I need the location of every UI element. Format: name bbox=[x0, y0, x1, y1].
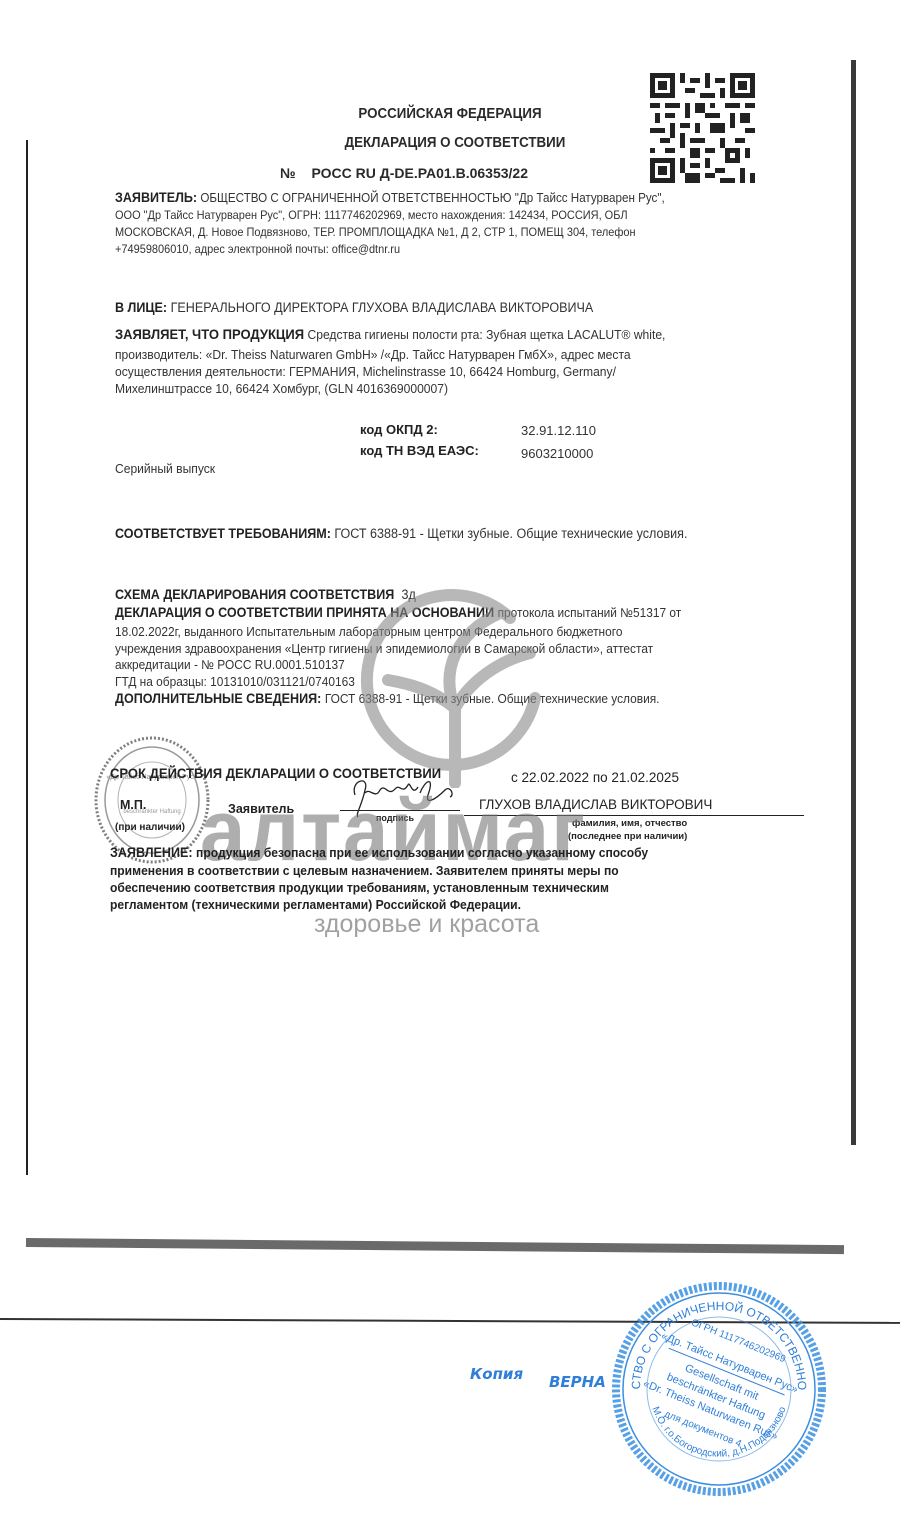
basis-text-3: ГТД на образцы: 10131010/031121/0740163 bbox=[115, 674, 355, 690]
okpd-value: 32.91.12.110 bbox=[521, 423, 596, 438]
page-border-left bbox=[26, 140, 28, 1175]
production-type: Серийный выпуск bbox=[115, 461, 215, 477]
requirements-label: СООТВЕТСТВУЕТ ТРЕБОВАНИЯМ: bbox=[115, 526, 331, 541]
company-seal-icon: ОБЩЕСТВО С ОГРАНИЧЕННОЙ ОТВЕТСТВЕННОСТЬЮ… bbox=[612, 1282, 826, 1496]
applicant-text-3: +74959806010, адрес электронной почты: o… bbox=[115, 242, 400, 258]
product-label: ЗАЯВЛЯЕТ, ЧТО ПРОДУКЦИЯ bbox=[115, 326, 304, 342]
product-text-3: Михелинштрассе 10, 66424 Хомбург, (GLN 4… bbox=[115, 381, 448, 397]
copy-stamp-word-1: Копия bbox=[470, 1365, 523, 1383]
page-bottom-rule bbox=[26, 1238, 844, 1254]
statement-text-first: продукция безопасна при ее использовании… bbox=[196, 845, 648, 860]
name-caption-1: фамилия, имя, отчество bbox=[572, 818, 687, 829]
tnved-label: код ТН ВЭД ЕАЭС: bbox=[360, 443, 479, 458]
basis-text-2: аккредитации - № РОСС RU.0001.510137 bbox=[115, 657, 345, 673]
qr-code-icon bbox=[650, 73, 755, 183]
applicant-text-1: ООО "Др Тайсс Натурварен Рус", ОГРН: 111… bbox=[115, 208, 628, 224]
okpd-label: код ОКПД 2: bbox=[360, 422, 438, 437]
additional-label: ДОПОЛНИТЕЛЬНЫЕ СВЕДЕНИЯ: bbox=[115, 691, 321, 706]
mp-label: М.П. bbox=[120, 798, 146, 812]
requirements-value: ГОСТ 6388-91 - Щетки зубные. Общие техни… bbox=[334, 526, 687, 541]
watermark-logo-icon bbox=[360, 588, 550, 788]
requirements-row: СООТВЕТСТВУЕТ ТРЕБОВАНИЯМ: ГОСТ 6388-91 … bbox=[115, 526, 687, 542]
product-text-2: осуществления деятельности: ГЕРМАНИЯ, Mi… bbox=[115, 364, 616, 380]
applicant-text-0: ОБЩЕСТВО С ОГРАНИЧЕННОЙ ОТВЕТСТВЕННОСТЬЮ… bbox=[200, 191, 664, 205]
represented-by-row: В ЛИЦЕ: ГЕНЕРАЛЬНОГО ДИРЕКТОРА ГЛУХОВА В… bbox=[115, 300, 593, 316]
scheme-label: СХЕМА ДЕКЛАРИРОВАНИЯ СООТВЕТСТВИЯ bbox=[115, 587, 394, 602]
document-number-row: № РОСС RU Д-DE.PA01.B.06353/22 bbox=[280, 165, 528, 181]
product-text-0: Средства гигиены полости рта: Зубная щет… bbox=[307, 327, 665, 342]
document-title: ДЕКЛАРАЦИЯ О СООТВЕТСТВИИ bbox=[303, 135, 607, 151]
product-text-1: производитель: «Dr. Theiss Naturwaren Gm… bbox=[115, 347, 631, 363]
applicant-text-2: МОСКОВСКАЯ, Д. Новое Подвязново, ТЕР. ПР… bbox=[115, 225, 636, 241]
represented-by-value: ГЕНЕРАЛЬНОГО ДИРЕКТОРА ГЛУХОВА ВЛАДИСЛАВ… bbox=[171, 300, 594, 315]
watermark-tagline: здоровье и красота bbox=[314, 910, 539, 939]
statement-text-0: применения в соответствии с целевым назн… bbox=[110, 863, 619, 879]
represented-by-label: В ЛИЦЕ: bbox=[115, 300, 167, 315]
tnved-value: 9603210000 bbox=[521, 446, 593, 461]
country-heading: РОССИЙСКАЯ ФЕДЕРАЦИЯ bbox=[312, 106, 588, 122]
copy-stamp-word-2: ВЕРНА bbox=[549, 1373, 606, 1391]
statement-text-1: обеспечению соответствия продукции требо… bbox=[110, 880, 609, 896]
number-sign: № bbox=[280, 165, 296, 181]
page-border-right bbox=[851, 60, 856, 1145]
document-number: РОСС RU Д-DE.PA01.B.06353/22 bbox=[312, 165, 529, 181]
statement-label: ЗАЯВЛЕНИЕ: bbox=[110, 845, 193, 860]
mp-note: (при наличии) bbox=[115, 822, 185, 833]
applicant-line-1: ЗАЯВИТЕЛЬ: ОБЩЕСТВО С ОГРАНИЧЕННОЙ ОТВЕТ… bbox=[115, 190, 665, 207]
applicant-label: ЗАЯВИТЕЛЬ: bbox=[115, 190, 197, 205]
statement-line-1: ЗАЯВЛЕНИЕ: продукция безопасна при ее ис… bbox=[110, 845, 648, 861]
product-line-1: ЗАЯВЛЯЕТ, ЧТО ПРОДУКЦИЯ Средства гигиены… bbox=[115, 327, 665, 343]
